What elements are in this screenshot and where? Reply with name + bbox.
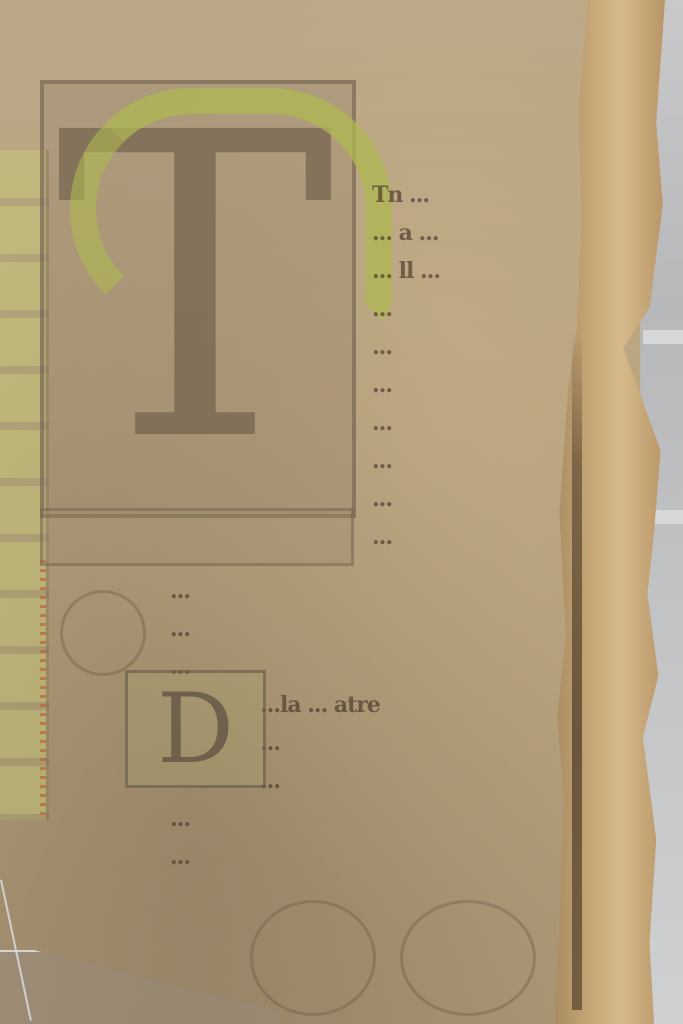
rubric-dot-border xyxy=(40,560,46,820)
text-line: ... ll ... xyxy=(372,252,582,290)
floral-scroll-ornament xyxy=(400,900,536,1016)
torn-edge-shadow xyxy=(572,330,582,1010)
floral-scroll-ornament xyxy=(60,590,146,676)
text-line: ... xyxy=(372,442,582,480)
text-line: ... xyxy=(372,328,582,366)
background-stripe xyxy=(643,330,683,344)
text-line: ... xyxy=(170,572,570,610)
floral-scroll-ornament xyxy=(250,900,376,1016)
text-line: ... xyxy=(170,838,570,876)
text-line: ... xyxy=(170,610,570,648)
text-line: ... xyxy=(372,404,582,442)
text-line: ... a ... xyxy=(372,214,582,252)
glass-pane-reflection xyxy=(0,950,280,1024)
text-line: ... xyxy=(372,366,582,404)
manuscript-page: T Tn ... ... a ... ... ll ... ... ... ..… xyxy=(0,0,640,1024)
small-initial-d: D xyxy=(125,670,266,788)
text-line: ... xyxy=(372,290,582,328)
initial-base-panel xyxy=(40,508,354,566)
upper-text-column: Tn ... ... a ... ... ll ... ... ... ... … xyxy=(372,176,582,556)
text-line: ... xyxy=(170,800,570,838)
text-line: ... xyxy=(372,518,582,556)
text-line: ... xyxy=(372,480,582,518)
text-line: Tn ... xyxy=(372,176,582,214)
acanthus-leaf-ornament xyxy=(70,88,392,330)
